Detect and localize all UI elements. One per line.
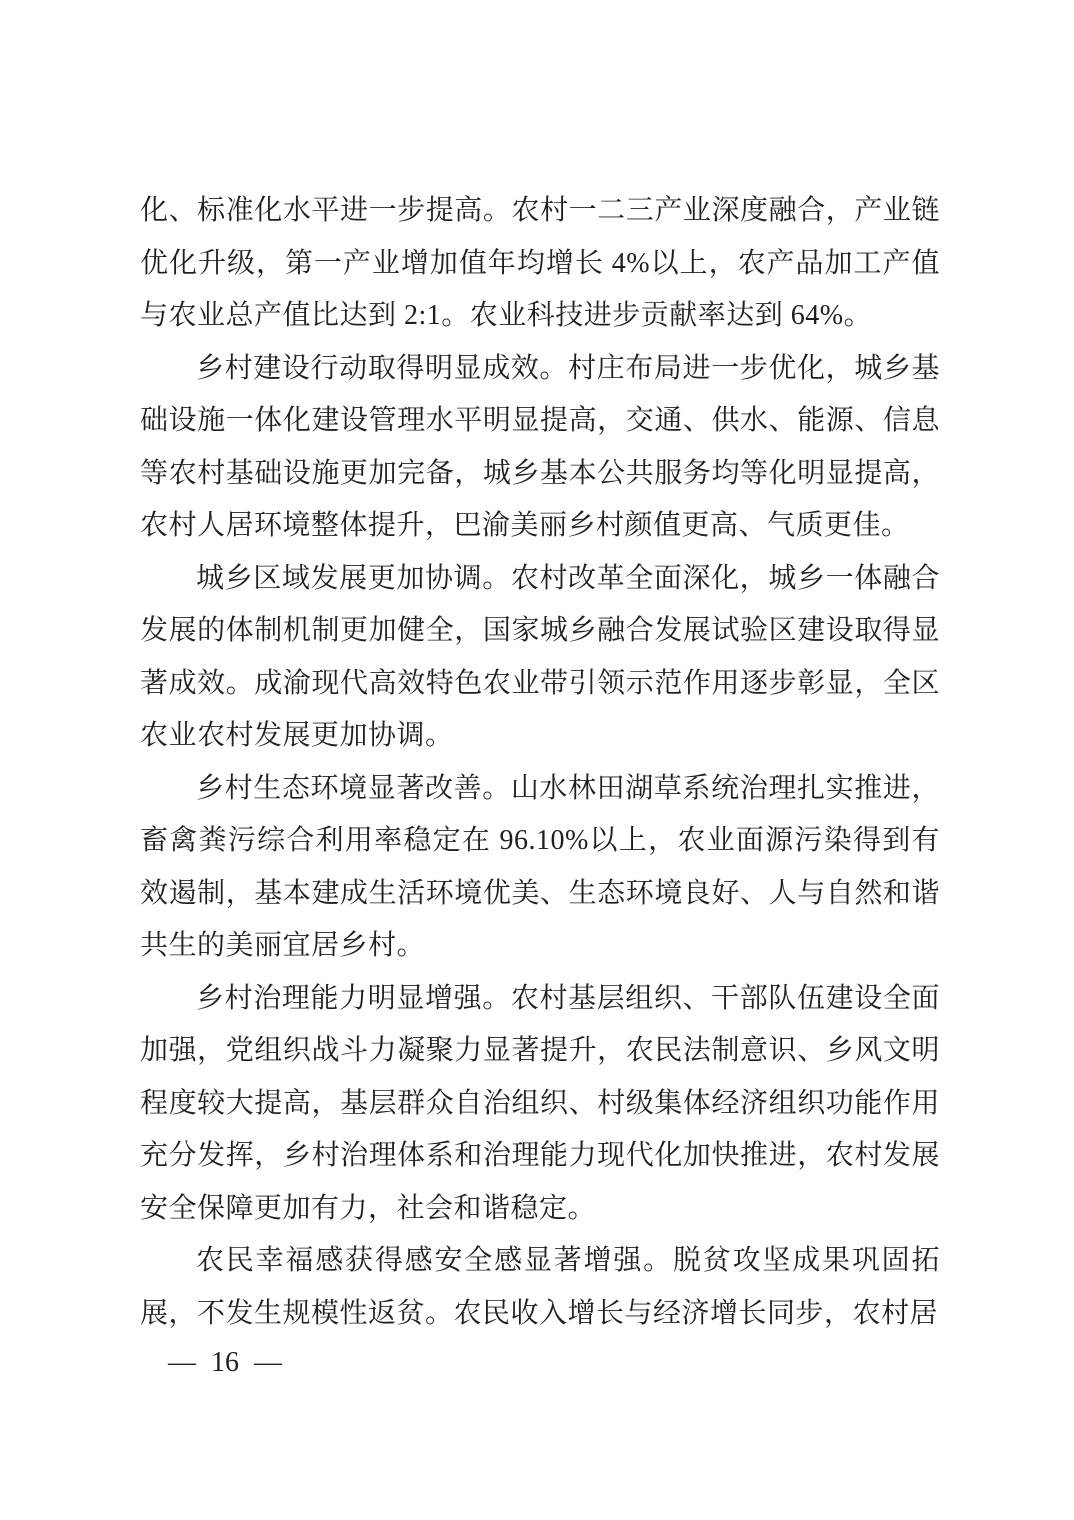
body-paragraph-farmer-wellbeing: 农民幸福感获得感安全感显著增强。脱贫攻坚成果巩固拓展，不发生规模性返贫。农民收入… xyxy=(140,1235,940,1340)
body-paragraph-rural-construction: 乡村建设行动取得明显成效。村庄布局进一步优化，城乡基础设施一体化建设管理水平明显… xyxy=(140,343,940,553)
body-paragraph-rural-ecology: 乡村生态环境显著改善。山水林田湖草系统治理扎实推进，畜禽粪污综合利用率稳定在 9… xyxy=(140,763,940,973)
document-body: 化、标准化水平进一步提高。农村一二三产业深度融合，产业链优化升级，第一产业增加值… xyxy=(140,185,940,1340)
document-page: 化、标准化水平进一步提高。农村一二三产业深度融合，产业链优化升级，第一产业增加值… xyxy=(0,0,1074,1520)
body-paragraph-rural-governance: 乡村治理能力明显增强。农村基层组织、干部队伍建设全面加强，党组织战斗力凝聚力显著… xyxy=(140,973,940,1236)
page-number: — 16 — xyxy=(168,1346,282,1380)
body-paragraph-continuation: 化、标准化水平进一步提高。农村一二三产业深度融合，产业链优化升级，第一产业增加值… xyxy=(140,185,940,343)
body-paragraph-urban-rural-coordination: 城乡区域发展更加协调。农村改革全面深化，城乡一体融合发展的体制机制更加健全，国家… xyxy=(140,553,940,763)
